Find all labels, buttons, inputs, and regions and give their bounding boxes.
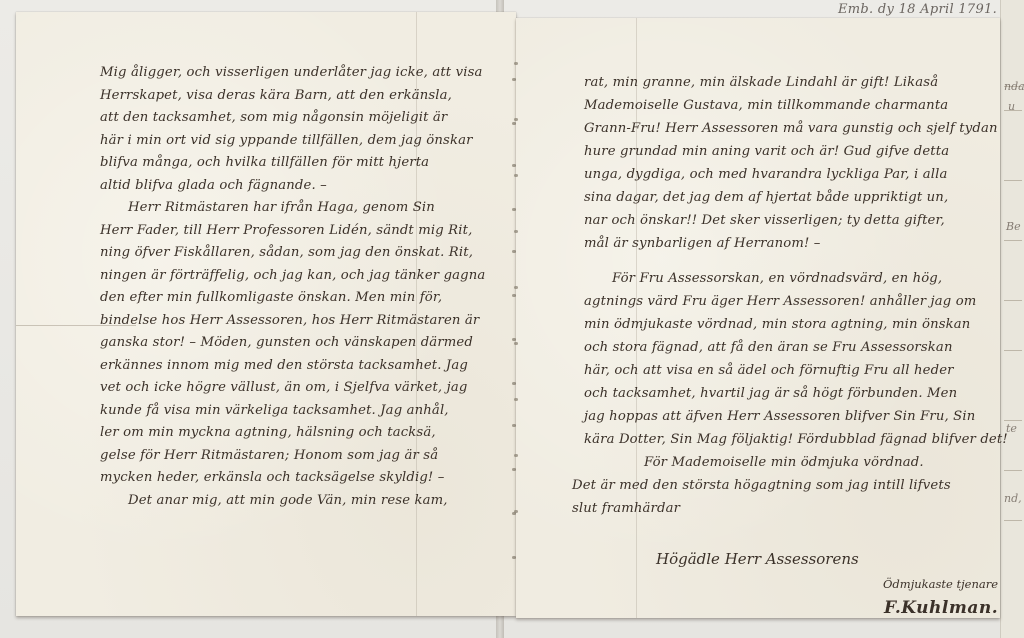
text-line: altid blifva glada och fägnande. – — [100, 175, 485, 198]
text-line: att den tacksamhet, som mig någonsin möj… — [100, 107, 485, 130]
text-line: ningen är förträffelig, och jag kan, och… — [100, 265, 485, 288]
stitch-hole — [514, 62, 518, 65]
text-line: sina dagar, det jag dem af hjertat både … — [584, 187, 1008, 210]
text-line: slut framhärdar — [572, 498, 1008, 518]
text-line: kunde få visa min värkeliga tacksamhet. … — [100, 400, 485, 423]
text-line: unga, dygdiga, och med hvarandra lycklig… — [584, 164, 1008, 187]
text-line: erkännes innom mig med den största tacks… — [100, 355, 485, 378]
signature: F.Kuhlman. — [884, 598, 998, 618]
text-line: För Mademoiselle min ödmjuka vördnad. — [584, 452, 1008, 475]
text-line: mål är synbarligen af Herranom! – — [584, 233, 1008, 256]
text-line: blifva många, och hvilka tillfällen för … — [100, 152, 485, 175]
text-line: Herr Ritmästaren har ifrån Haga, genom S… — [100, 197, 485, 220]
stitch-hole — [514, 342, 518, 345]
archival-date-note: Emb. dy 18 April 1791. — [838, 2, 997, 17]
text-line: Herrskapet, visa deras kära Barn, att de… — [100, 85, 485, 108]
text-line: För Fru Assessorskan, en vördnadsvärd, e… — [584, 268, 1008, 291]
text-line: mycken heder, erkänsla och tacksägelse s… — [100, 467, 485, 490]
text-line: ler om min myckna agtning, hälsning och … — [100, 422, 485, 445]
text-line: vet och icke högre vällust, än om, i Sje… — [100, 377, 485, 400]
stitch-hole — [514, 398, 518, 401]
stitch-hole — [514, 230, 518, 233]
text-line: min ödmjukaste vördnad, min stora agtnin… — [584, 314, 1008, 337]
text-line: Grann-Fru! Herr Assessoren må vara gunst… — [584, 118, 1008, 141]
text-line: kära Dotter, Sin Mag följaktig! Fördubbl… — [584, 429, 1008, 452]
text-line: nar och önskar!! Det sker visserligen; t… — [584, 210, 1008, 233]
text-line: och tacksamhet, hvartil jag är så högt f… — [584, 383, 1008, 406]
stitch-hole — [514, 174, 518, 177]
text-line: ganska stor! – Möden, gunsten och vänska… — [100, 332, 485, 355]
stitch-hole — [514, 286, 518, 289]
text-line: bindelse hos Herr Assessoren, hos Herr R… — [100, 310, 485, 333]
right-page-text: rat, min granne, min älskade Lindahl är … — [584, 72, 1008, 518]
text-line: här, och att visa en så ädel och förnuft… — [584, 360, 1008, 383]
closing-salutation: Högädle Herr Assessorens — [656, 550, 859, 568]
text-line: Herr Fader, till Herr Professoren Lidén,… — [100, 220, 485, 243]
text-line: ning öfver Fiskållaren, sådan, som jag d… — [100, 242, 485, 265]
left-page-text: Mig åligger, och visserligen underlåter … — [100, 62, 485, 512]
closing-servant-line: Ödmjukaste tjenare — [883, 577, 998, 591]
text-line: Det anar mig, att min gode Vän, min rese… — [100, 490, 485, 513]
text-line: hure grundad min aning varit och är! Gud… — [584, 141, 1008, 164]
underlying-fragment: Be — [1006, 220, 1021, 233]
underlying-fragment: u — [1008, 100, 1015, 113]
stitch-hole — [514, 510, 518, 513]
text-line: och stora fägnad, att få den äran se Fru… — [584, 337, 1008, 360]
text-line: Det är med den största högagtning som ja… — [572, 475, 1008, 498]
text-line: Mademoiselle Gustava, min tillkommande c… — [584, 95, 1008, 118]
text-line: agtnings värd Fru äger Herr Assessoren! … — [584, 291, 1008, 314]
stitch-hole — [514, 118, 518, 121]
text-line: rat, min granne, min älskade Lindahl är … — [584, 72, 1008, 95]
text-line: den efter min fullkomligaste önskan. Men… — [100, 287, 485, 310]
stitch-hole — [514, 454, 518, 457]
text-line: gelse för Herr Ritmästaren; Honom som ja… — [100, 445, 485, 468]
text-line: här i min ort vid sig yppande tillfällen… — [100, 130, 485, 153]
text-line: Mig åligger, och visserligen underlåter … — [100, 62, 485, 85]
text-line: jag hoppas att äfven Herr Assessoren bli… — [584, 406, 1008, 429]
